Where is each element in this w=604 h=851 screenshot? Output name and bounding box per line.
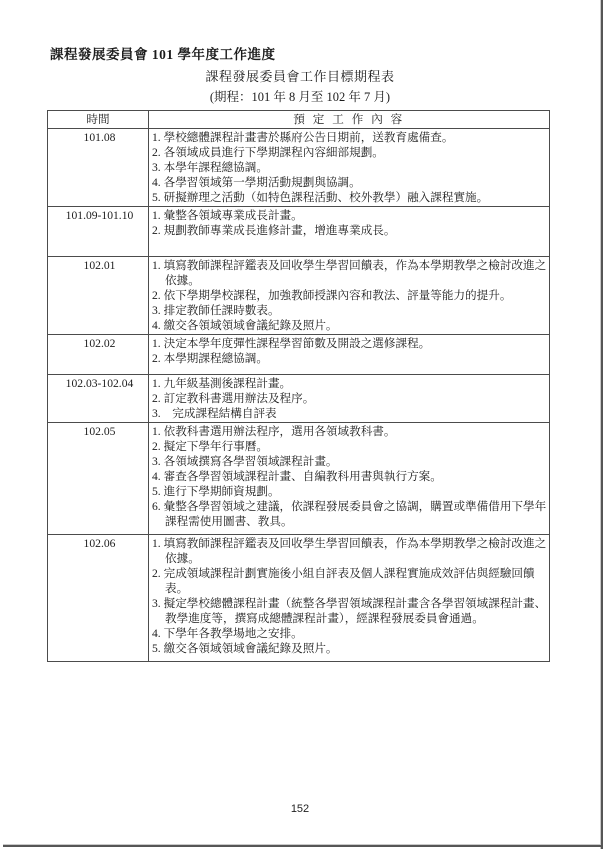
table-row: 101.09-101.101. 彙整各領域專業成長計畫。2. 規劃教師專業成長進… — [48, 207, 550, 257]
work-item: 4. 繳交各領域領域會議紀錄及照片。 — [152, 318, 549, 333]
work-items-cell: 1. 彙整各領域專業成長計畫。2. 規劃教師專業成長進修計畫，增進專業成長。 — [149, 207, 550, 257]
work-item: 4. 下學年各教學場地之安排。 — [152, 626, 549, 641]
work-item: 2. 本學期課程總協調。 — [152, 351, 549, 366]
table-row: 102.051. 依教科書選用辦法程序，選用各領域教科書。2. 擬定下學年行事曆… — [48, 423, 550, 535]
work-item: 4. 審查各學習領域課程計畫、自編教科用書與執行方案。 — [152, 469, 549, 484]
work-items-cell: 1. 九年級基測後課程計畫。2. 訂定教科書選用辦法及程序。3. 完成課程結構自… — [149, 375, 550, 423]
work-items-cell: 1. 填寫教師課程評鑑表及回收學生學習回饋表，作為本學期教學之檢討改進之依據。2… — [149, 535, 550, 662]
header-row: 時間 預 定 工 作 內 容 — [48, 111, 550, 129]
time-cell: 102.03-102.04 — [48, 375, 149, 423]
document-page: 課程發展委員會 101 學年度工作進度 課程發展委員會工作目標期程表 (期程：1… — [0, 0, 604, 851]
work-item: 1. 依教科書選用辦法程序，選用各領域教科書。 — [152, 424, 549, 439]
work-item: 5. 進行下學期師資規劃。 — [152, 484, 549, 499]
page-edge-shadow-bottom — [3, 845, 603, 847]
work-items-cell: 1. 填寫教師課程評鑑表及回收學生學習回饋表，作為本學期教學之檢討改進之依據。2… — [149, 257, 550, 335]
work-item: 1. 九年級基測後課程計畫。 — [152, 376, 549, 391]
table-row: 101.081. 學校總體課程計畫書於縣府公告日期前，送教育處備查。2. 各領域… — [48, 129, 550, 207]
work-item: 6. 彙整各學習領域之建議，依課程發展委員會之協調，購置或準備借用下學年課程需使… — [152, 499, 549, 529]
work-item: 1. 填寫教師課程評鑑表及回收學生學習回饋表，作為本學期教學之檢討改進之依據。 — [152, 258, 549, 288]
period-line: (期程：101 年 8 月至 102 年 7 月) — [0, 87, 600, 105]
time-cell: 101.09-101.10 — [48, 207, 149, 257]
work-item: 2. 依下學期學校課程，加強教師授課內容和教法、評量等能力的提升。 — [152, 288, 549, 303]
work-item: 2. 各領域成員進行下學期課程內容細部規劃。 — [152, 145, 549, 160]
table-row: 102.061. 填寫教師課程評鑑表及回收學生學習回饋表，作為本學期教學之檢討改… — [48, 535, 550, 662]
table-row: 102.03-102.041. 九年級基測後課程計畫。2. 訂定教科書選用辦法及… — [48, 375, 550, 423]
work-item: 3. 各領域撰寫各學習領域課程計畫。 — [152, 454, 549, 469]
work-item: 1. 填寫教師課程評鑑表及回收學生學習回饋表，作為本學期教學之檢討改進之依據。 — [152, 536, 549, 566]
time-cell: 101.08 — [48, 129, 149, 207]
table-title: 課程發展委員會工作目標期程表 — [0, 66, 600, 85]
table-row: 102.021. 決定本學年度彈性課程學習節數及開設之選修課程。2. 本學期課程… — [48, 335, 550, 375]
schedule-table: 時間 預 定 工 作 內 容 101.081. 學校總體課程計畫書於縣府公告日期… — [47, 110, 550, 662]
work-item: 2. 規劃教師專業成長進修計畫，增進專業成長。 — [152, 223, 549, 238]
work-item: 1. 彙整各領域專業成長計畫。 — [152, 208, 549, 223]
work-item: 3. 擬定學校總體課程計畫（統整各學習領域課程計畫含各學習領域課程計畫、教學進度… — [152, 596, 549, 626]
page-number: 152 — [0, 803, 600, 815]
time-cell: 102.05 — [48, 423, 149, 535]
work-item: 4. 各學習領域第一學期活動規劃與協調。 — [152, 175, 549, 190]
work-item: 3. 完成課程結構自評表 — [152, 406, 549, 421]
header-content: 預 定 工 作 內 容 — [149, 111, 550, 129]
work-items-cell: 1. 決定本學年度彈性課程學習節數及開設之選修課程。2. 本學期課程總協調。 — [149, 335, 550, 375]
work-item: 1. 學校總體課程計畫書於縣府公告日期前，送教育處備查。 — [152, 130, 549, 145]
work-item: 2. 完成領域課程計劃實施後小組自評表及個人課程實施成效評估與經驗回饋表。 — [152, 566, 549, 596]
time-cell: 102.01 — [48, 257, 149, 335]
header-time: 時間 — [48, 111, 149, 129]
work-items-cell: 1. 學校總體課程計畫書於縣府公告日期前，送教育處備查。2. 各領域成員進行下學… — [149, 129, 550, 207]
work-item: 3. 排定教師任課時數表。 — [152, 303, 549, 318]
time-cell: 102.02 — [48, 335, 149, 375]
page-edge-shadow-right — [601, 0, 603, 849]
work-item: 3. 本學年課程總協調。 — [152, 160, 549, 175]
work-item: 5. 研擬辦理之活動（如特色課程活動、校外教學）融入課程實施。 — [152, 190, 549, 205]
work-items-cell: 1. 依教科書選用辦法程序，選用各領域教科書。2. 擬定下學年行事曆。3. 各領… — [149, 423, 550, 535]
work-item: 1. 決定本學年度彈性課程學習節數及開設之選修課程。 — [152, 336, 549, 351]
document-title: 課程發展委員會 101 學年度工作進度 — [50, 43, 276, 63]
schedule-table-body: 101.081. 學校總體課程計畫書於縣府公告日期前，送教育處備查。2. 各領域… — [48, 129, 550, 662]
work-item: 2. 訂定教科書選用辦法及程序。 — [152, 391, 549, 406]
work-item: 5. 繳交各領域領域會議紀錄及照片。 — [152, 641, 549, 656]
table-row: 102.011. 填寫教師課程評鑑表及回收學生學習回饋表，作為本學期教學之檢討改… — [48, 257, 550, 335]
work-item: 2. 擬定下學年行事曆。 — [152, 439, 549, 454]
time-cell: 102.06 — [48, 535, 149, 662]
